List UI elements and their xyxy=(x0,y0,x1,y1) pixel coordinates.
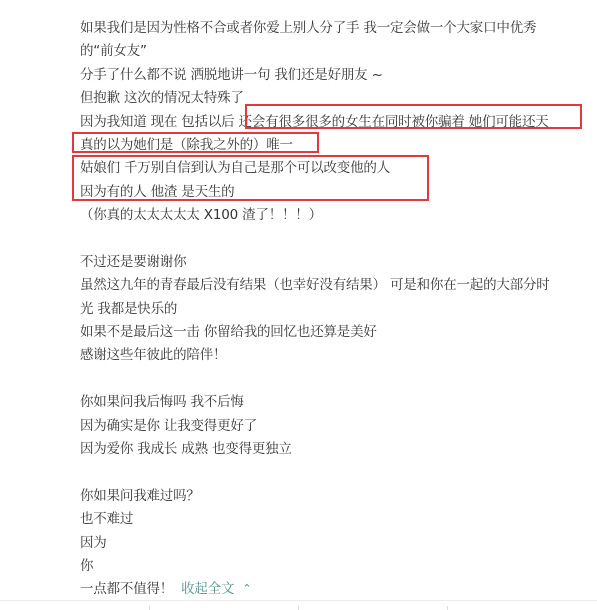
post-line: 的“前女友” xyxy=(80,40,590,63)
action-divider xyxy=(447,606,448,610)
chevron-up-icon[interactable]: ⌃ xyxy=(242,577,251,600)
post-body: 如果我们是因为性格不合或者你爱上别人分了手 我一定会做一个大家口中优秀 的“前女… xyxy=(80,17,590,602)
post-line: 姑娘们 千万别自信到认为自己是那个可以改变他的人 xyxy=(80,157,590,180)
collapse-full-text-link[interactable]: 收起全文 xyxy=(181,581,234,597)
action-bar xyxy=(0,600,597,610)
post-line: （你真的太太太太太 X100 渣了！！！） xyxy=(80,204,590,227)
post-line: 不过还是要谢谢你 xyxy=(80,251,590,274)
post-line: 但抱歉 这次的情况太特殊了 xyxy=(80,87,590,110)
post-line: 感谢这些年彼此的陪伴！ xyxy=(80,344,590,367)
post-last-line: 一点都不值得！收起全文⌃ xyxy=(80,578,590,601)
action-divider xyxy=(149,606,150,610)
post-line: 因为确实是你 让我变得更好了 xyxy=(80,415,590,438)
blank-line xyxy=(80,228,590,251)
post-line: 因为有的人 他渣 是天生的 xyxy=(80,181,590,204)
post-line: 你如果问我后悔吗 我不后悔 xyxy=(80,391,590,414)
post-line: 一点都不值得！ xyxy=(80,581,173,597)
action-divider xyxy=(298,606,299,610)
post-line: 真的以为她们是（除我之外的）唯一 xyxy=(80,134,590,157)
post-line: 如果我们是因为性格不合或者你爱上别人分了手 我一定会做一个大家口中优秀 xyxy=(80,17,590,40)
post-line: 因为爱你 我成长 成熟 也变得更独立 xyxy=(80,438,590,461)
post-line: 你如果问我难过吗？ xyxy=(80,485,590,508)
post-line: 虽然这九年的青春最后没有结果（也幸好没有结果） 可是和你在一起的大部分时 xyxy=(80,274,590,297)
post-line: 你 xyxy=(80,555,590,578)
post-line: 分手了什么都不说 洒脱地讲一句 我们还是好朋友 ~ xyxy=(80,64,590,87)
blank-line xyxy=(80,461,590,484)
post-line: 光 我都是快乐的 xyxy=(80,298,590,321)
blank-line xyxy=(80,368,590,391)
post-line: 因为 xyxy=(80,532,590,555)
post-line: 也不难过 xyxy=(80,508,590,531)
post-line: 如果不是最后这一击 你留给我的回忆也还算是美好 xyxy=(80,321,590,344)
post-line: 因为我知道 现在 包括以后 还会有很多很多的女生在同时被你骗着 她们可能还天 xyxy=(80,111,590,134)
